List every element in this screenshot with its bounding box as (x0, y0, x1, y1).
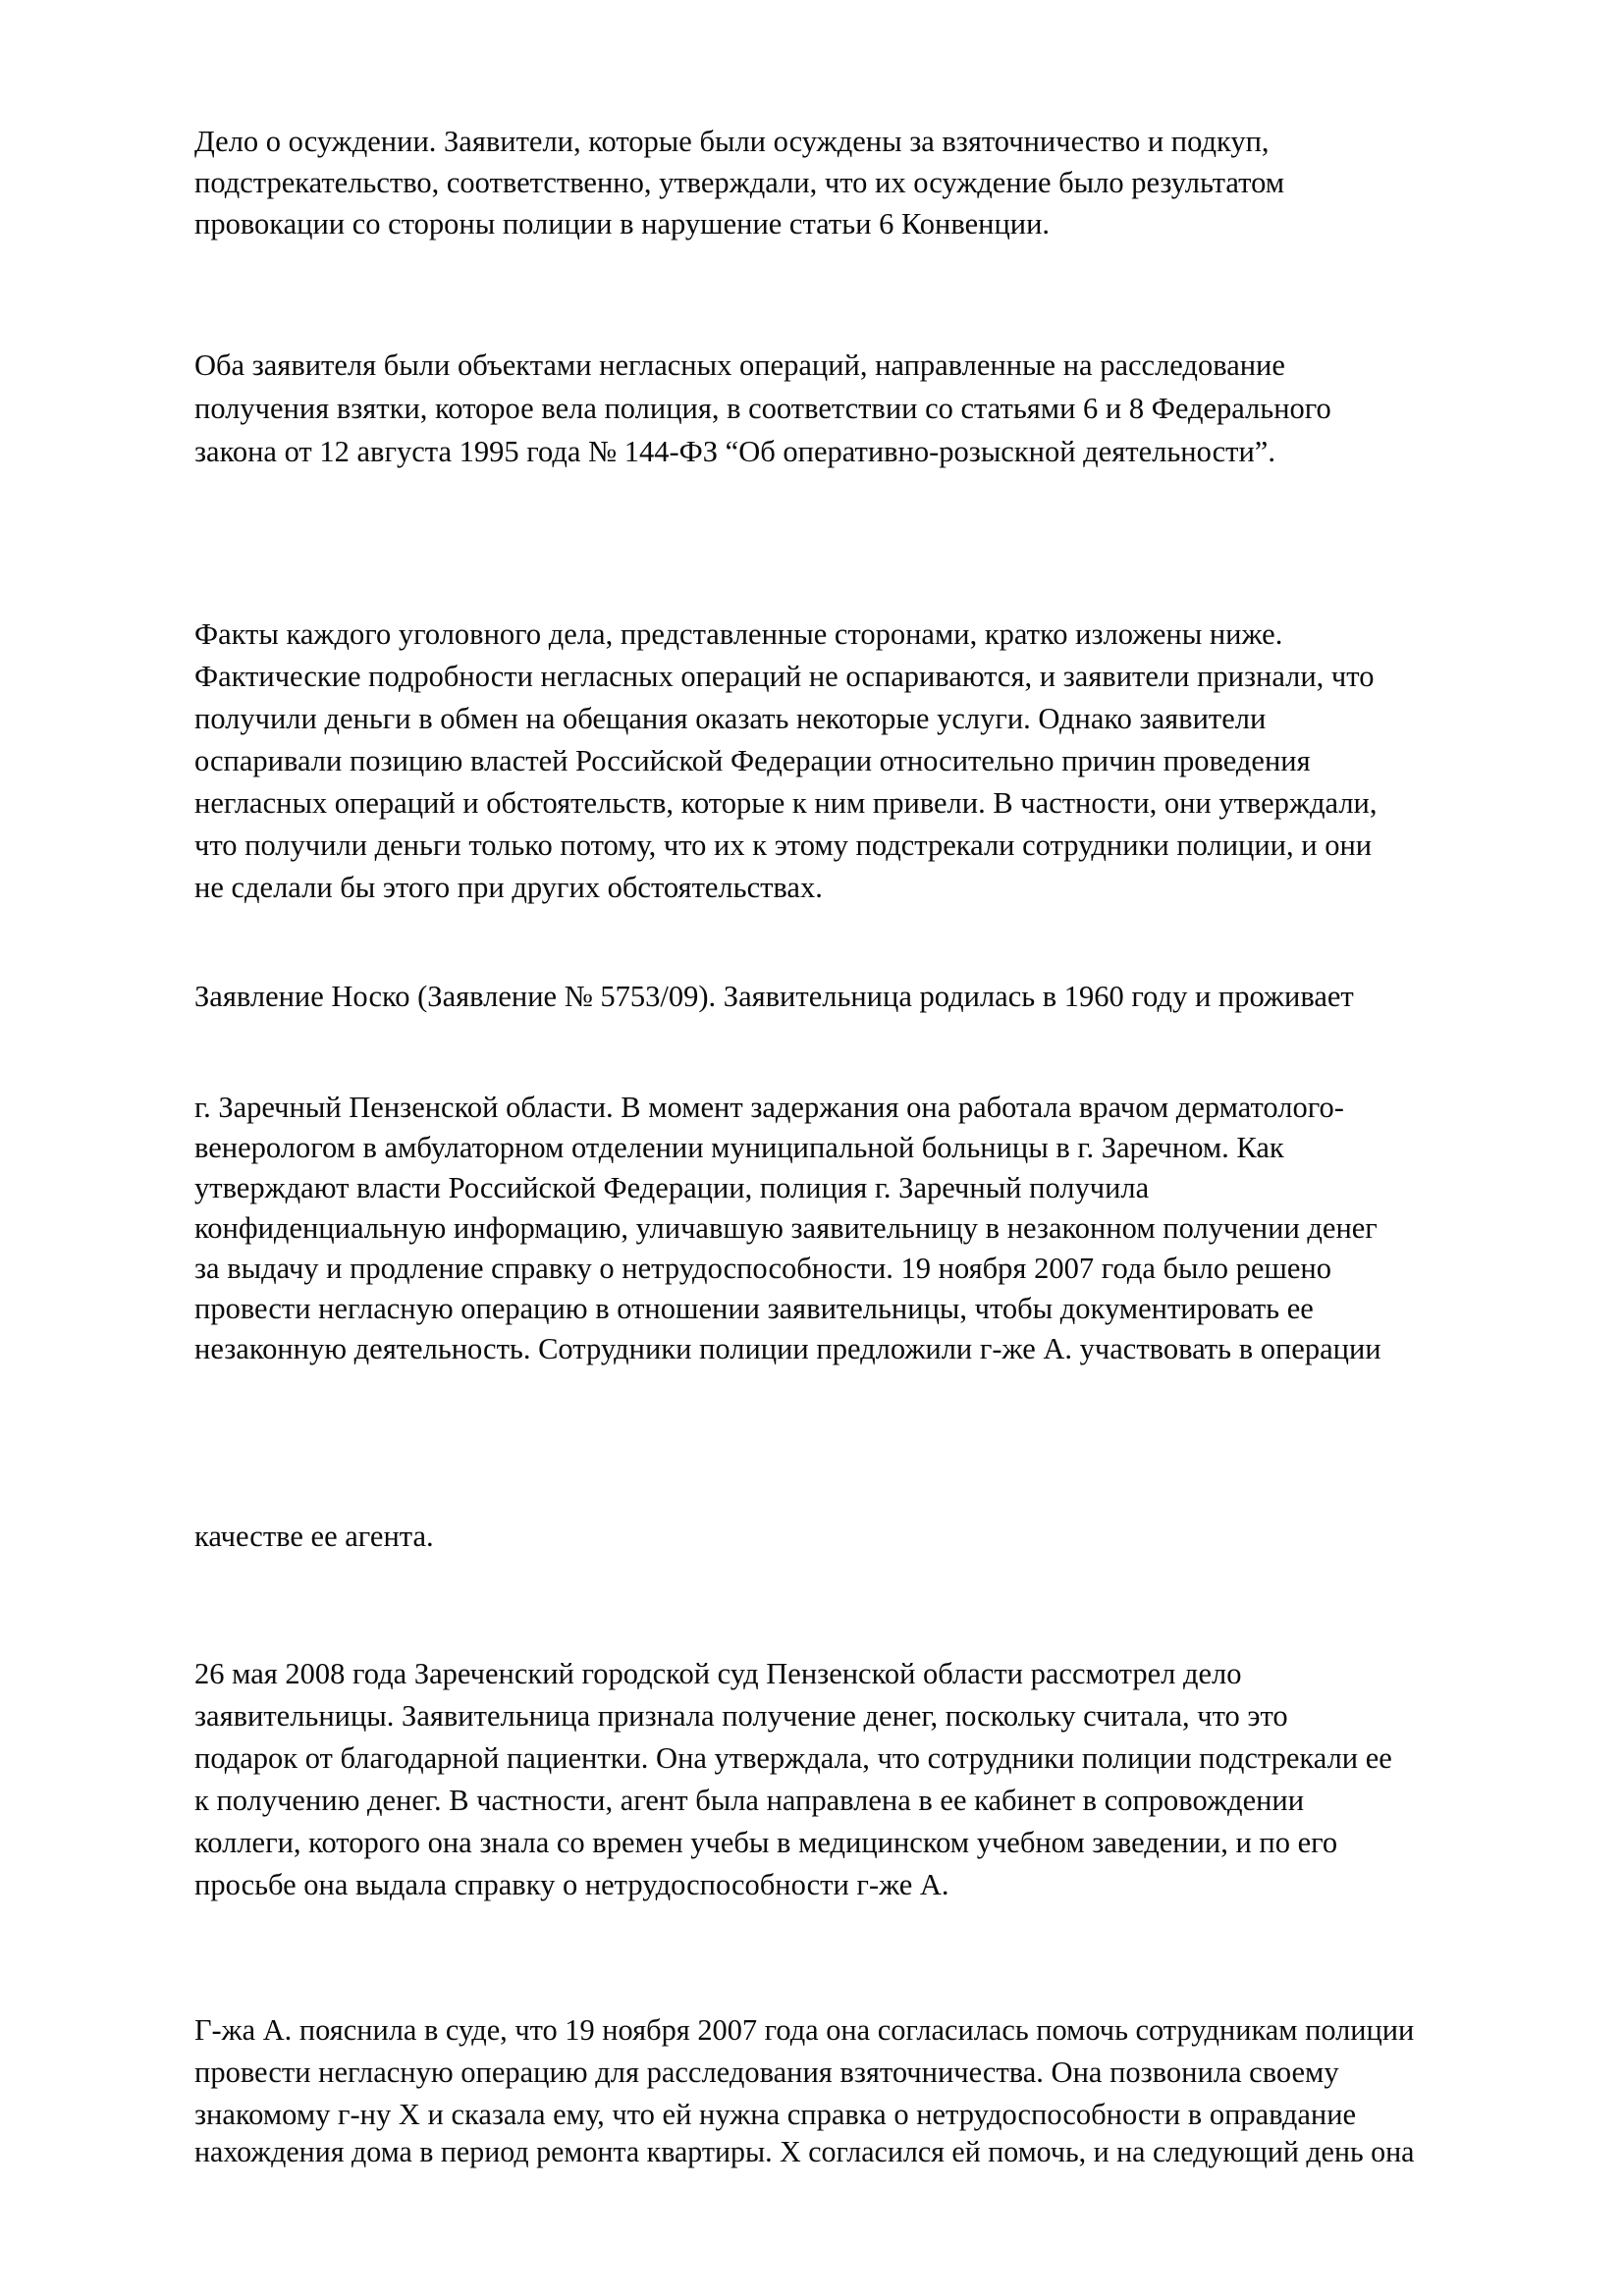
text-line: 26 мая 2008 года Зареченский городской с… (194, 1654, 1242, 1693)
text-line: незаконную деятельность. Сотрудники поли… (194, 1329, 1381, 1368)
text-line: оспаривали позицию властей Российской Фе… (194, 741, 1311, 780)
text-line: качестве ее агента. (194, 1517, 434, 1556)
text-line: утверждают власти Российской Федерации, … (194, 1168, 1149, 1207)
text-line: Оба заявителя были объектами негласных о… (194, 346, 1285, 385)
text-line: закона от 12 августа 1995 года № 144-ФЗ … (194, 432, 1275, 471)
text-line: г. Заречный Пензенской области. В момент… (194, 1088, 1344, 1127)
text-line: получили деньги в обмен на обещания оказ… (194, 699, 1266, 738)
text-line: подстрекательство, соответственно, утвер… (194, 163, 1284, 202)
text-line: не сделали бы этого при других обстоятел… (194, 868, 823, 907)
text-line: за выдачу и продление справку о нетрудос… (194, 1249, 1331, 1288)
document-page: Дело о осуждении. Заявители, которые был… (0, 0, 1623, 2296)
text-line: просьбе она выдала справку о нетрудоспос… (194, 1865, 949, 1904)
text-line: Фактические подробности негласных операц… (194, 657, 1374, 696)
text-line: подарок от благодарной пациентки. Она ут… (194, 1738, 1392, 1778)
text-line: венерологом в амбулаторном отделении мун… (194, 1128, 1284, 1167)
text-line: коллеги, которого она знала со времен уч… (194, 1823, 1337, 1862)
text-line: негласных операций и обстоятельств, кото… (194, 783, 1378, 823)
text-line: провести негласную операцию в отношении … (194, 1289, 1314, 1328)
text-line: конфиденциальную информацию, уличавшую з… (194, 1208, 1378, 1248)
text-line: что получили деньги только потому, что и… (194, 826, 1372, 865)
text-line: нахождения дома в период ремонта квартир… (194, 2132, 1414, 2171)
text-line: Дело о осуждении. Заявители, которые был… (194, 122, 1270, 161)
text-line: получения взятки, которое вела полиция, … (194, 389, 1331, 428)
text-line: к получению денег. В частности, агент бы… (194, 1781, 1304, 1820)
text-line: Заявление Носко (Заявление № 5753/09). З… (194, 977, 1354, 1016)
text-line: провести негласную операцию для расследо… (194, 2053, 1339, 2092)
text-line: знакомому г-ну Х и сказала ему, что ей н… (194, 2095, 1356, 2134)
text-line: провокации со стороны полиции в нарушени… (194, 204, 1050, 243)
text-line: Г-жа А. пояснила в суде, что 19 ноября 2… (194, 2010, 1414, 2050)
text-line: Факты каждого уголовного дела, представл… (194, 614, 1282, 654)
text-line: заявительницы. Заявительница признала по… (194, 1696, 1288, 1735)
